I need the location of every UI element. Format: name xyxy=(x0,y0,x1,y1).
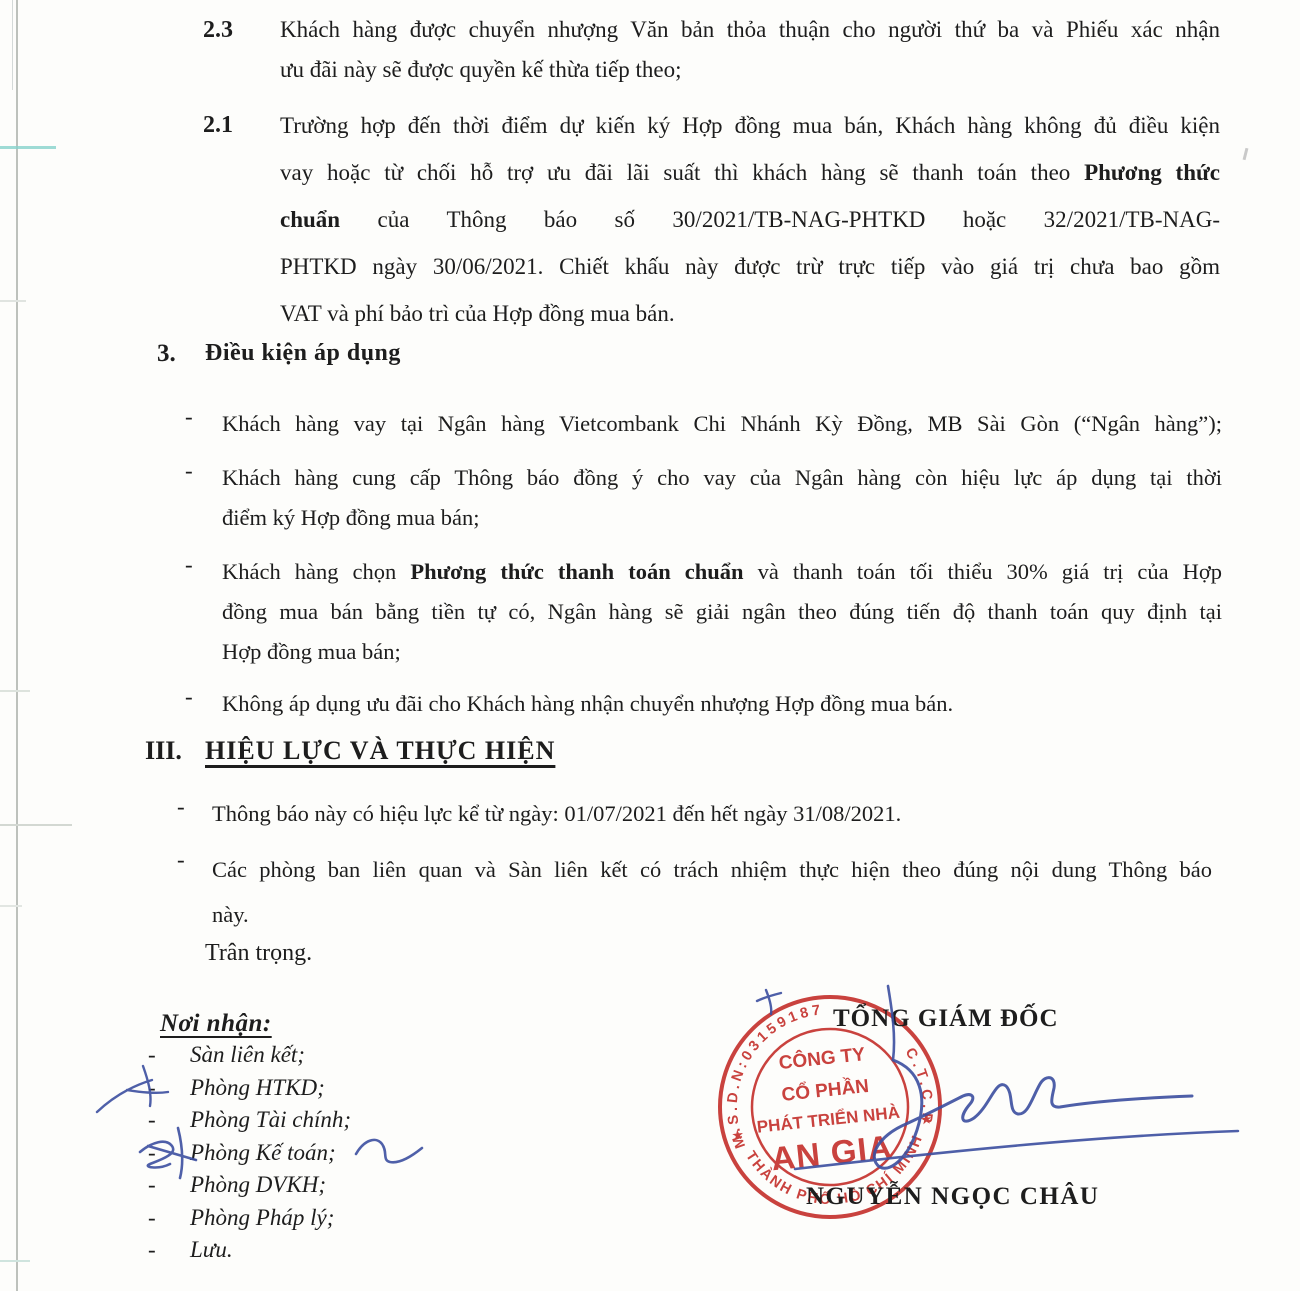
recipient-label: Phòng HTKD; xyxy=(190,1075,325,1100)
scan-artifact-line xyxy=(0,1260,30,1262)
signer-title: TỔNG GIÁM ĐỐC xyxy=(833,1005,1059,1033)
bullet-dash: - xyxy=(185,404,193,430)
scan-artifact-line xyxy=(0,905,22,907)
pen-loop-mark xyxy=(356,1140,422,1162)
bullet-dash: - xyxy=(185,552,193,578)
recipient-item: -Phòng HTKD; xyxy=(148,1075,351,1108)
text-segment-bold: Phương thức xyxy=(1084,160,1220,185)
list-dash: - xyxy=(148,1075,156,1101)
recipient-item: -Sàn liên kết; xyxy=(148,1042,351,1075)
text-line: Thông báo này có hiệu lực kể từ ngày: 01… xyxy=(212,794,1212,834)
scan-artifact-line xyxy=(0,824,72,826)
recipient-label: Phòng Pháp lý; xyxy=(190,1205,334,1230)
text-line: này. xyxy=(212,892,1212,937)
section-3-title: Điều kiện áp dụng xyxy=(205,340,401,367)
page-edge-line xyxy=(16,0,18,1291)
section-iii-number: III. xyxy=(145,736,182,766)
bullet-dash: - xyxy=(177,794,185,820)
bullet-dash: - xyxy=(185,684,193,710)
recipient-item: -Lưu. xyxy=(148,1237,351,1270)
list-dash: - xyxy=(148,1172,156,1198)
bullet-effective-dates: Thông báo này có hiệu lực kể từ ngày: 01… xyxy=(212,794,1212,834)
clause-2-3-text: Khách hàng được chuyển nhượng Văn bản th… xyxy=(280,10,1220,90)
recipient-label: Phòng Kế toán; xyxy=(190,1140,336,1165)
recipient-item: -Phòng Kế toán; xyxy=(148,1140,351,1173)
text-segment: vay hoặc từ chối hỗ trợ ưu đãi lãi suất … xyxy=(280,160,1084,185)
stamp-center-line-1: CÔNG TY xyxy=(778,1043,867,1074)
text-line: Khách hàng được chuyển nhượng Văn bản th… xyxy=(280,10,1220,50)
clause-2-1-text: Trường hợp đến thời điểm dự kiến ký Hợp … xyxy=(280,102,1220,337)
recipients-label: Nơi nhận: xyxy=(160,1010,272,1038)
section-iii-title: HIỆU LỰC VÀ THỰC HIỆN xyxy=(205,736,555,766)
text-segment-bold: Phương thức thanh toán chuẩn xyxy=(410,559,743,584)
text-line: Khách hàng vay tại Ngân hàng Vietcombank… xyxy=(222,404,1222,444)
recipients-list: -Sàn liên kết; -Phòng HTKD; -Phòng Tài c… xyxy=(148,1042,351,1270)
text-line: Khách hàng cung cấp Thông báo đồng ý cho… xyxy=(222,458,1222,498)
text-line: PHTKD ngày 30/06/2021. Chiết khấu này đư… xyxy=(280,243,1220,290)
text-line: VAT và phí bảo trì của Hợp đồng mua bán. xyxy=(280,290,1220,337)
clause-2-3-number: 2.3 xyxy=(203,17,233,44)
bullet-responsibility: Các phòng ban liên quan và Sàn liên kết … xyxy=(212,847,1212,937)
page-edge-line-2 xyxy=(12,0,13,90)
list-dash: - xyxy=(148,1205,156,1231)
text-line: Trường hợp đến thời điểm dự kiến ký Hợp … xyxy=(280,102,1220,149)
text-line: Hợp đồng mua bán; xyxy=(222,632,1222,672)
bullet-bank-condition: Khách hàng vay tại Ngân hàng Vietcombank… xyxy=(222,404,1222,444)
text-line: Khách hàng chọn Phương thức thanh toán c… xyxy=(222,552,1222,592)
scan-artifact-line xyxy=(0,690,30,692)
text-line: Các phòng ban liên quan và Sàn liên kết … xyxy=(212,847,1212,892)
text-line: điểm ký Hợp đồng mua bán; xyxy=(222,498,1222,538)
star-icon: ★ xyxy=(919,1112,933,1128)
list-dash: - xyxy=(148,1042,156,1068)
recipient-label: Phòng DVKH; xyxy=(190,1172,326,1197)
section-3-number: 3. xyxy=(157,340,176,368)
bullet-payment-method: Khách hàng chọn Phương thức thanh toán c… xyxy=(222,552,1222,672)
recipient-item: -Phòng Tài chính; xyxy=(148,1107,351,1140)
star-icon: ★ xyxy=(731,1128,745,1144)
stamp-center-line-2: CỔ PHẦN xyxy=(781,1075,870,1106)
scan-artifact-cyan-line xyxy=(0,146,56,149)
recipient-label: Sàn liên kết; xyxy=(190,1042,305,1067)
text-segment-bold: chuẩn xyxy=(280,207,340,232)
list-dash: - xyxy=(148,1237,156,1263)
clause-2-1-number: 2.1 xyxy=(203,112,233,139)
text-segment: của Thông báo số 30/2021/TB-NAG-PHTKD ho… xyxy=(340,207,1220,232)
closing-text: Trân trọng. xyxy=(205,940,312,967)
bullet-dash: - xyxy=(185,458,193,484)
scan-artifact-speck xyxy=(1243,148,1249,160)
text-line: ưu đãi này sẽ được quyền kế thừa tiếp th… xyxy=(280,50,1220,90)
text-line: đồng mua bán bằng tiền tự có, Ngân hàng … xyxy=(222,592,1222,632)
recipient-label: Phòng Tài chính; xyxy=(190,1107,351,1132)
recipient-item: -Phòng DVKH; xyxy=(148,1172,351,1205)
scan-artifact-line xyxy=(0,300,26,302)
bullet-loan-approval: Khách hàng cung cấp Thông báo đồng ý cho… xyxy=(222,458,1222,538)
bullet-dash: - xyxy=(177,847,185,873)
text-line: chuẩn của Thông báo số 30/2021/TB-NAG-PH… xyxy=(280,196,1220,243)
scanned-document-page: 2.3 Khách hàng được chuyển nhượng Văn bả… xyxy=(0,0,1300,1291)
bullet-no-transfer: Không áp dụng ưu đãi cho Khách hàng nhận… xyxy=(222,684,1222,724)
recipient-item: -Phòng Pháp lý; xyxy=(148,1205,351,1238)
text-segment: Khách hàng chọn xyxy=(222,559,410,584)
list-dash: - xyxy=(148,1140,156,1166)
text-segment: và thanh toán tối thiểu 30% giá trị của … xyxy=(744,559,1222,584)
text-line: Không áp dụng ưu đãi cho Khách hàng nhận… xyxy=(222,684,1222,724)
signer-name: NGUYỄN NGỌC CHÂU xyxy=(806,1183,1099,1211)
text-line: vay hoặc từ chối hỗ trợ ưu đãi lãi suất … xyxy=(280,149,1220,196)
recipient-label: Lưu. xyxy=(190,1237,233,1262)
list-dash: - xyxy=(148,1107,156,1133)
